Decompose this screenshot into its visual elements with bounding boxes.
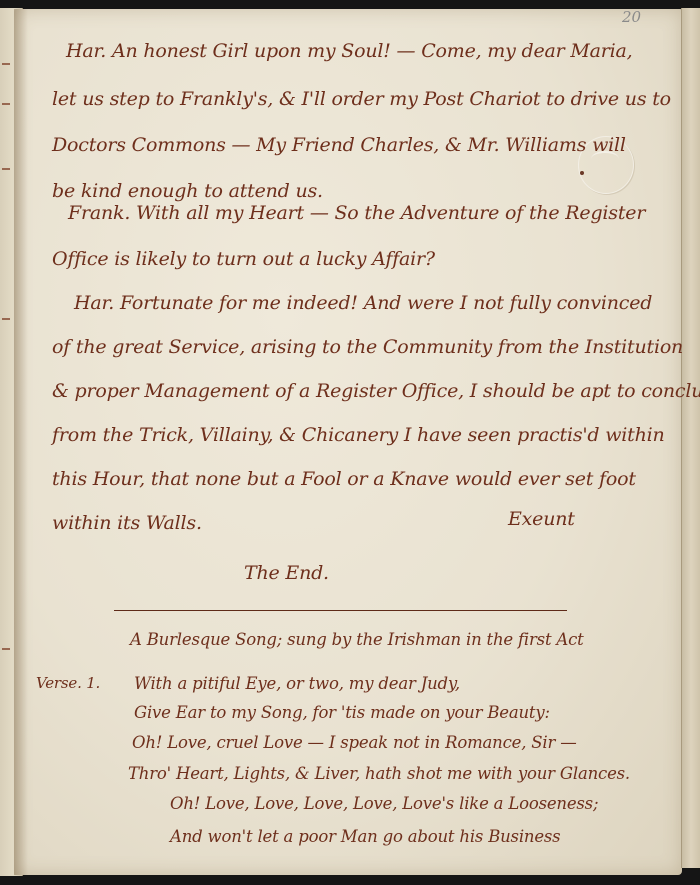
dialogue-line: & proper Management of a Register Office… bbox=[52, 380, 700, 402]
dialogue-line: from the Trick, Villainy, & Chicanery I … bbox=[52, 424, 665, 446]
song-line: Oh! Love, cruel Love — I speak not in Ro… bbox=[132, 733, 577, 752]
stage-direction: Exeunt bbox=[508, 508, 575, 530]
page-right-edge bbox=[681, 8, 700, 868]
dialogue-line: let us step to Frankly's, & I'll order m… bbox=[52, 88, 671, 110]
song-line: With a pitiful Eye, or two, my dear Judy… bbox=[134, 674, 460, 693]
dialogue-line: of the great Service, arising to the Com… bbox=[52, 336, 683, 358]
dialogue-line: Har. An honest Girl upon my Soul! — Come… bbox=[66, 40, 632, 62]
divider-rule bbox=[114, 610, 567, 611]
ink-spot bbox=[580, 171, 584, 175]
bleed-mark bbox=[2, 63, 10, 65]
bleed-mark bbox=[2, 648, 10, 650]
bleed-mark bbox=[2, 318, 10, 320]
song-line: Give Ear to my Song, for 'tis made on yo… bbox=[134, 703, 550, 722]
verse-label: Verse. 1. bbox=[36, 674, 100, 692]
dialogue-line: Har. Fortunate for me indeed! And were I… bbox=[74, 292, 652, 314]
dialogue-line: within its Walls. bbox=[52, 512, 202, 534]
bleed-mark bbox=[2, 103, 10, 105]
song-line: Oh! Love, Love, Love, Love, Love's like … bbox=[170, 794, 598, 813]
dialogue-line: be kind enough to attend us. bbox=[52, 180, 323, 202]
dialogue-line: Frank. With all my Heart — So the Advent… bbox=[68, 202, 645, 224]
ending-text: The End. bbox=[244, 562, 329, 584]
dialogue-line: Office is likely to turn out a lucky Aff… bbox=[52, 248, 435, 270]
song-line: And won't let a poor Man go about his Bu… bbox=[170, 827, 560, 846]
folio-number: 20 bbox=[622, 8, 641, 26]
song-title: A Burlesque Song; sung by the Irishman i… bbox=[130, 630, 584, 649]
dialogue-line: Doctors Commons — My Friend Charles, & M… bbox=[52, 134, 626, 156]
bleed-mark bbox=[2, 168, 10, 170]
song-line: Thro' Heart, Lights, & Liver, hath shot … bbox=[128, 764, 630, 783]
dialogue-line: this Hour, that none but a Fool or a Kna… bbox=[52, 468, 636, 490]
